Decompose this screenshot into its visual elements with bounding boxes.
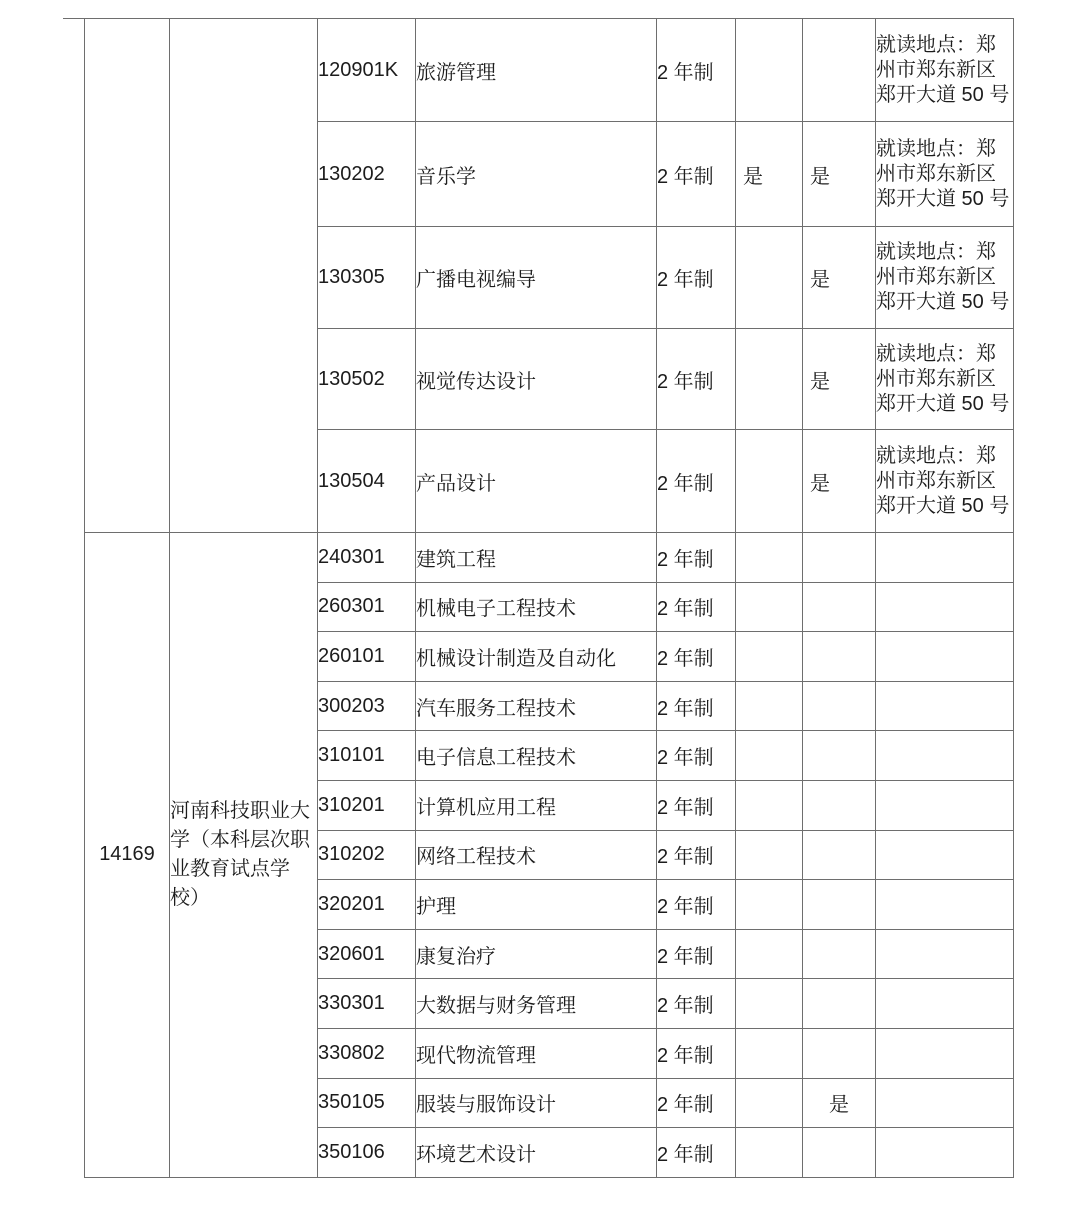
location-cell bbox=[876, 780, 1014, 830]
flag2-cell bbox=[803, 582, 876, 632]
flag2-cell: 是 bbox=[803, 329, 876, 430]
flag1-cell bbox=[736, 533, 803, 583]
flag1-cell bbox=[736, 1078, 803, 1128]
duration-cell: 2 年制 bbox=[657, 830, 736, 880]
flag1-cell bbox=[736, 731, 803, 781]
location-cell bbox=[876, 681, 1014, 731]
flag2-cell bbox=[803, 1028, 876, 1078]
program-name-cell: 机械电子工程技术 bbox=[416, 582, 657, 632]
duration-cell: 2 年制 bbox=[657, 880, 736, 930]
flag1-cell bbox=[736, 681, 803, 731]
location-cell bbox=[876, 1128, 1014, 1178]
location-cell bbox=[876, 582, 1014, 632]
flag2-cell bbox=[803, 880, 876, 930]
location-cell: 就读地点：郑州市郑东新区郑开大道 50 号 bbox=[876, 227, 1014, 329]
flag1-cell bbox=[736, 1128, 803, 1178]
program-name-cell: 计算机应用工程 bbox=[416, 780, 657, 830]
flag1-cell bbox=[736, 227, 803, 329]
duration-cell: 2 年制 bbox=[657, 979, 736, 1029]
location-cell bbox=[876, 979, 1014, 1029]
program-code-cell: 130305 bbox=[318, 227, 416, 329]
flag1-cell bbox=[736, 979, 803, 1029]
program-name-cell: 视觉传达设计 bbox=[416, 329, 657, 430]
location-cell: 就读地点：郑州市郑东新区郑开大道 50 号 bbox=[876, 19, 1014, 122]
program-code-cell: 330301 bbox=[318, 979, 416, 1029]
location-cell bbox=[876, 632, 1014, 682]
program-name-cell: 电子信息工程技术 bbox=[416, 731, 657, 781]
flag1-cell: 是 bbox=[736, 122, 803, 227]
flag2-cell bbox=[803, 979, 876, 1029]
duration-cell: 2 年制 bbox=[657, 227, 736, 329]
admission-program-table: 120901K 旅游管理 2 年制 就读地点：郑州市郑东新区郑开大道 50 号 … bbox=[84, 18, 1014, 1178]
location-cell: 就读地点：郑州市郑东新区郑开大道 50 号 bbox=[876, 122, 1014, 227]
flag2-cell: 是 bbox=[803, 227, 876, 329]
duration-cell: 2 年制 bbox=[657, 582, 736, 632]
location-cell: 就读地点：郑州市郑东新区郑开大道 50 号 bbox=[876, 329, 1014, 430]
program-code-cell: 130202 bbox=[318, 122, 416, 227]
flag2-cell bbox=[803, 830, 876, 880]
program-name-cell: 大数据与财务管理 bbox=[416, 979, 657, 1029]
flag1-cell bbox=[736, 1028, 803, 1078]
flag2-cell bbox=[803, 19, 876, 122]
flag1-cell bbox=[736, 582, 803, 632]
duration-cell: 2 年制 bbox=[657, 1028, 736, 1078]
school-name-cell: 河南科技职业大学（本科层次职业教育试点学校） bbox=[170, 533, 318, 1178]
flag1-cell bbox=[736, 19, 803, 122]
program-code-cell: 350105 bbox=[318, 1078, 416, 1128]
flag2-cell: 是 bbox=[803, 430, 876, 533]
program-name-cell: 机械设计制造及自动化 bbox=[416, 632, 657, 682]
location-cell bbox=[876, 731, 1014, 781]
flag1-cell bbox=[736, 830, 803, 880]
flag2-cell: 是 bbox=[803, 1078, 876, 1128]
flag2-cell bbox=[803, 1128, 876, 1178]
program-code-cell: 350106 bbox=[318, 1128, 416, 1178]
program-code-cell: 120901K bbox=[318, 19, 416, 122]
program-name-cell: 护理 bbox=[416, 880, 657, 930]
program-name-cell: 建筑工程 bbox=[416, 533, 657, 583]
duration-cell: 2 年制 bbox=[657, 329, 736, 430]
table-border-tail bbox=[63, 18, 85, 19]
program-code-cell: 310101 bbox=[318, 731, 416, 781]
program-code-cell: 310202 bbox=[318, 830, 416, 880]
program-name-cell: 网络工程技术 bbox=[416, 830, 657, 880]
location-cell bbox=[876, 929, 1014, 979]
program-name-cell: 现代物流管理 bbox=[416, 1028, 657, 1078]
program-code-cell: 240301 bbox=[318, 533, 416, 583]
flag2-cell bbox=[803, 681, 876, 731]
program-name-cell: 产品设计 bbox=[416, 430, 657, 533]
program-code-cell: 300203 bbox=[318, 681, 416, 731]
flag1-cell bbox=[736, 430, 803, 533]
program-code-cell: 130504 bbox=[318, 430, 416, 533]
duration-cell: 2 年制 bbox=[657, 19, 736, 122]
program-code-cell: 260101 bbox=[318, 632, 416, 682]
location-cell bbox=[876, 1078, 1014, 1128]
location-cell bbox=[876, 1028, 1014, 1078]
flag2-cell bbox=[803, 731, 876, 781]
school-code-cell: 14169 bbox=[85, 533, 170, 1178]
program-row: 14169 河南科技职业大学（本科层次职业教育试点学校） 240301 建筑工程… bbox=[85, 533, 1014, 583]
program-code-cell: 320201 bbox=[318, 880, 416, 930]
duration-cell: 2 年制 bbox=[657, 1128, 736, 1178]
duration-cell: 2 年制 bbox=[657, 632, 736, 682]
program-code-cell: 130502 bbox=[318, 329, 416, 430]
school-name-cell bbox=[170, 19, 318, 533]
duration-cell: 2 年制 bbox=[657, 929, 736, 979]
location-cell bbox=[876, 830, 1014, 880]
flag1-cell bbox=[736, 929, 803, 979]
flag1-cell bbox=[736, 632, 803, 682]
flag2-cell bbox=[803, 929, 876, 979]
flag1-cell bbox=[736, 780, 803, 830]
duration-cell: 2 年制 bbox=[657, 731, 736, 781]
school-section-14169: 14169 河南科技职业大学（本科层次职业教育试点学校） 240301 建筑工程… bbox=[85, 533, 1014, 1178]
location-cell: 就读地点：郑州市郑东新区郑开大道 50 号 bbox=[876, 430, 1014, 533]
location-cell bbox=[876, 880, 1014, 930]
program-name-cell: 广播电视编导 bbox=[416, 227, 657, 329]
flag1-cell bbox=[736, 880, 803, 930]
flag2-cell bbox=[803, 632, 876, 682]
flag2-cell: 是 bbox=[803, 122, 876, 227]
document-page: 120901K 旅游管理 2 年制 就读地点：郑州市郑东新区郑开大道 50 号 … bbox=[0, 0, 1080, 1209]
program-code-cell: 260301 bbox=[318, 582, 416, 632]
duration-cell: 2 年制 bbox=[657, 681, 736, 731]
school-section-continued: 120901K 旅游管理 2 年制 就读地点：郑州市郑东新区郑开大道 50 号 … bbox=[85, 19, 1014, 533]
duration-cell: 2 年制 bbox=[657, 533, 736, 583]
program-name-cell: 服装与服饰设计 bbox=[416, 1078, 657, 1128]
program-code-cell: 310201 bbox=[318, 780, 416, 830]
duration-cell: 2 年制 bbox=[657, 122, 736, 227]
flag1-cell bbox=[736, 329, 803, 430]
location-cell bbox=[876, 533, 1014, 583]
program-name-cell: 旅游管理 bbox=[416, 19, 657, 122]
duration-cell: 2 年制 bbox=[657, 1078, 736, 1128]
program-code-cell: 320601 bbox=[318, 929, 416, 979]
school-code-cell bbox=[85, 19, 170, 533]
program-name-cell: 音乐学 bbox=[416, 122, 657, 227]
program-name-cell: 汽车服务工程技术 bbox=[416, 681, 657, 731]
program-code-cell: 330802 bbox=[318, 1028, 416, 1078]
program-row: 120901K 旅游管理 2 年制 就读地点：郑州市郑东新区郑开大道 50 号 bbox=[85, 19, 1014, 122]
duration-cell: 2 年制 bbox=[657, 780, 736, 830]
flag2-cell bbox=[803, 780, 876, 830]
program-name-cell: 康复治疗 bbox=[416, 929, 657, 979]
program-name-cell: 环境艺术设计 bbox=[416, 1128, 657, 1178]
flag2-cell bbox=[803, 533, 876, 583]
duration-cell: 2 年制 bbox=[657, 430, 736, 533]
